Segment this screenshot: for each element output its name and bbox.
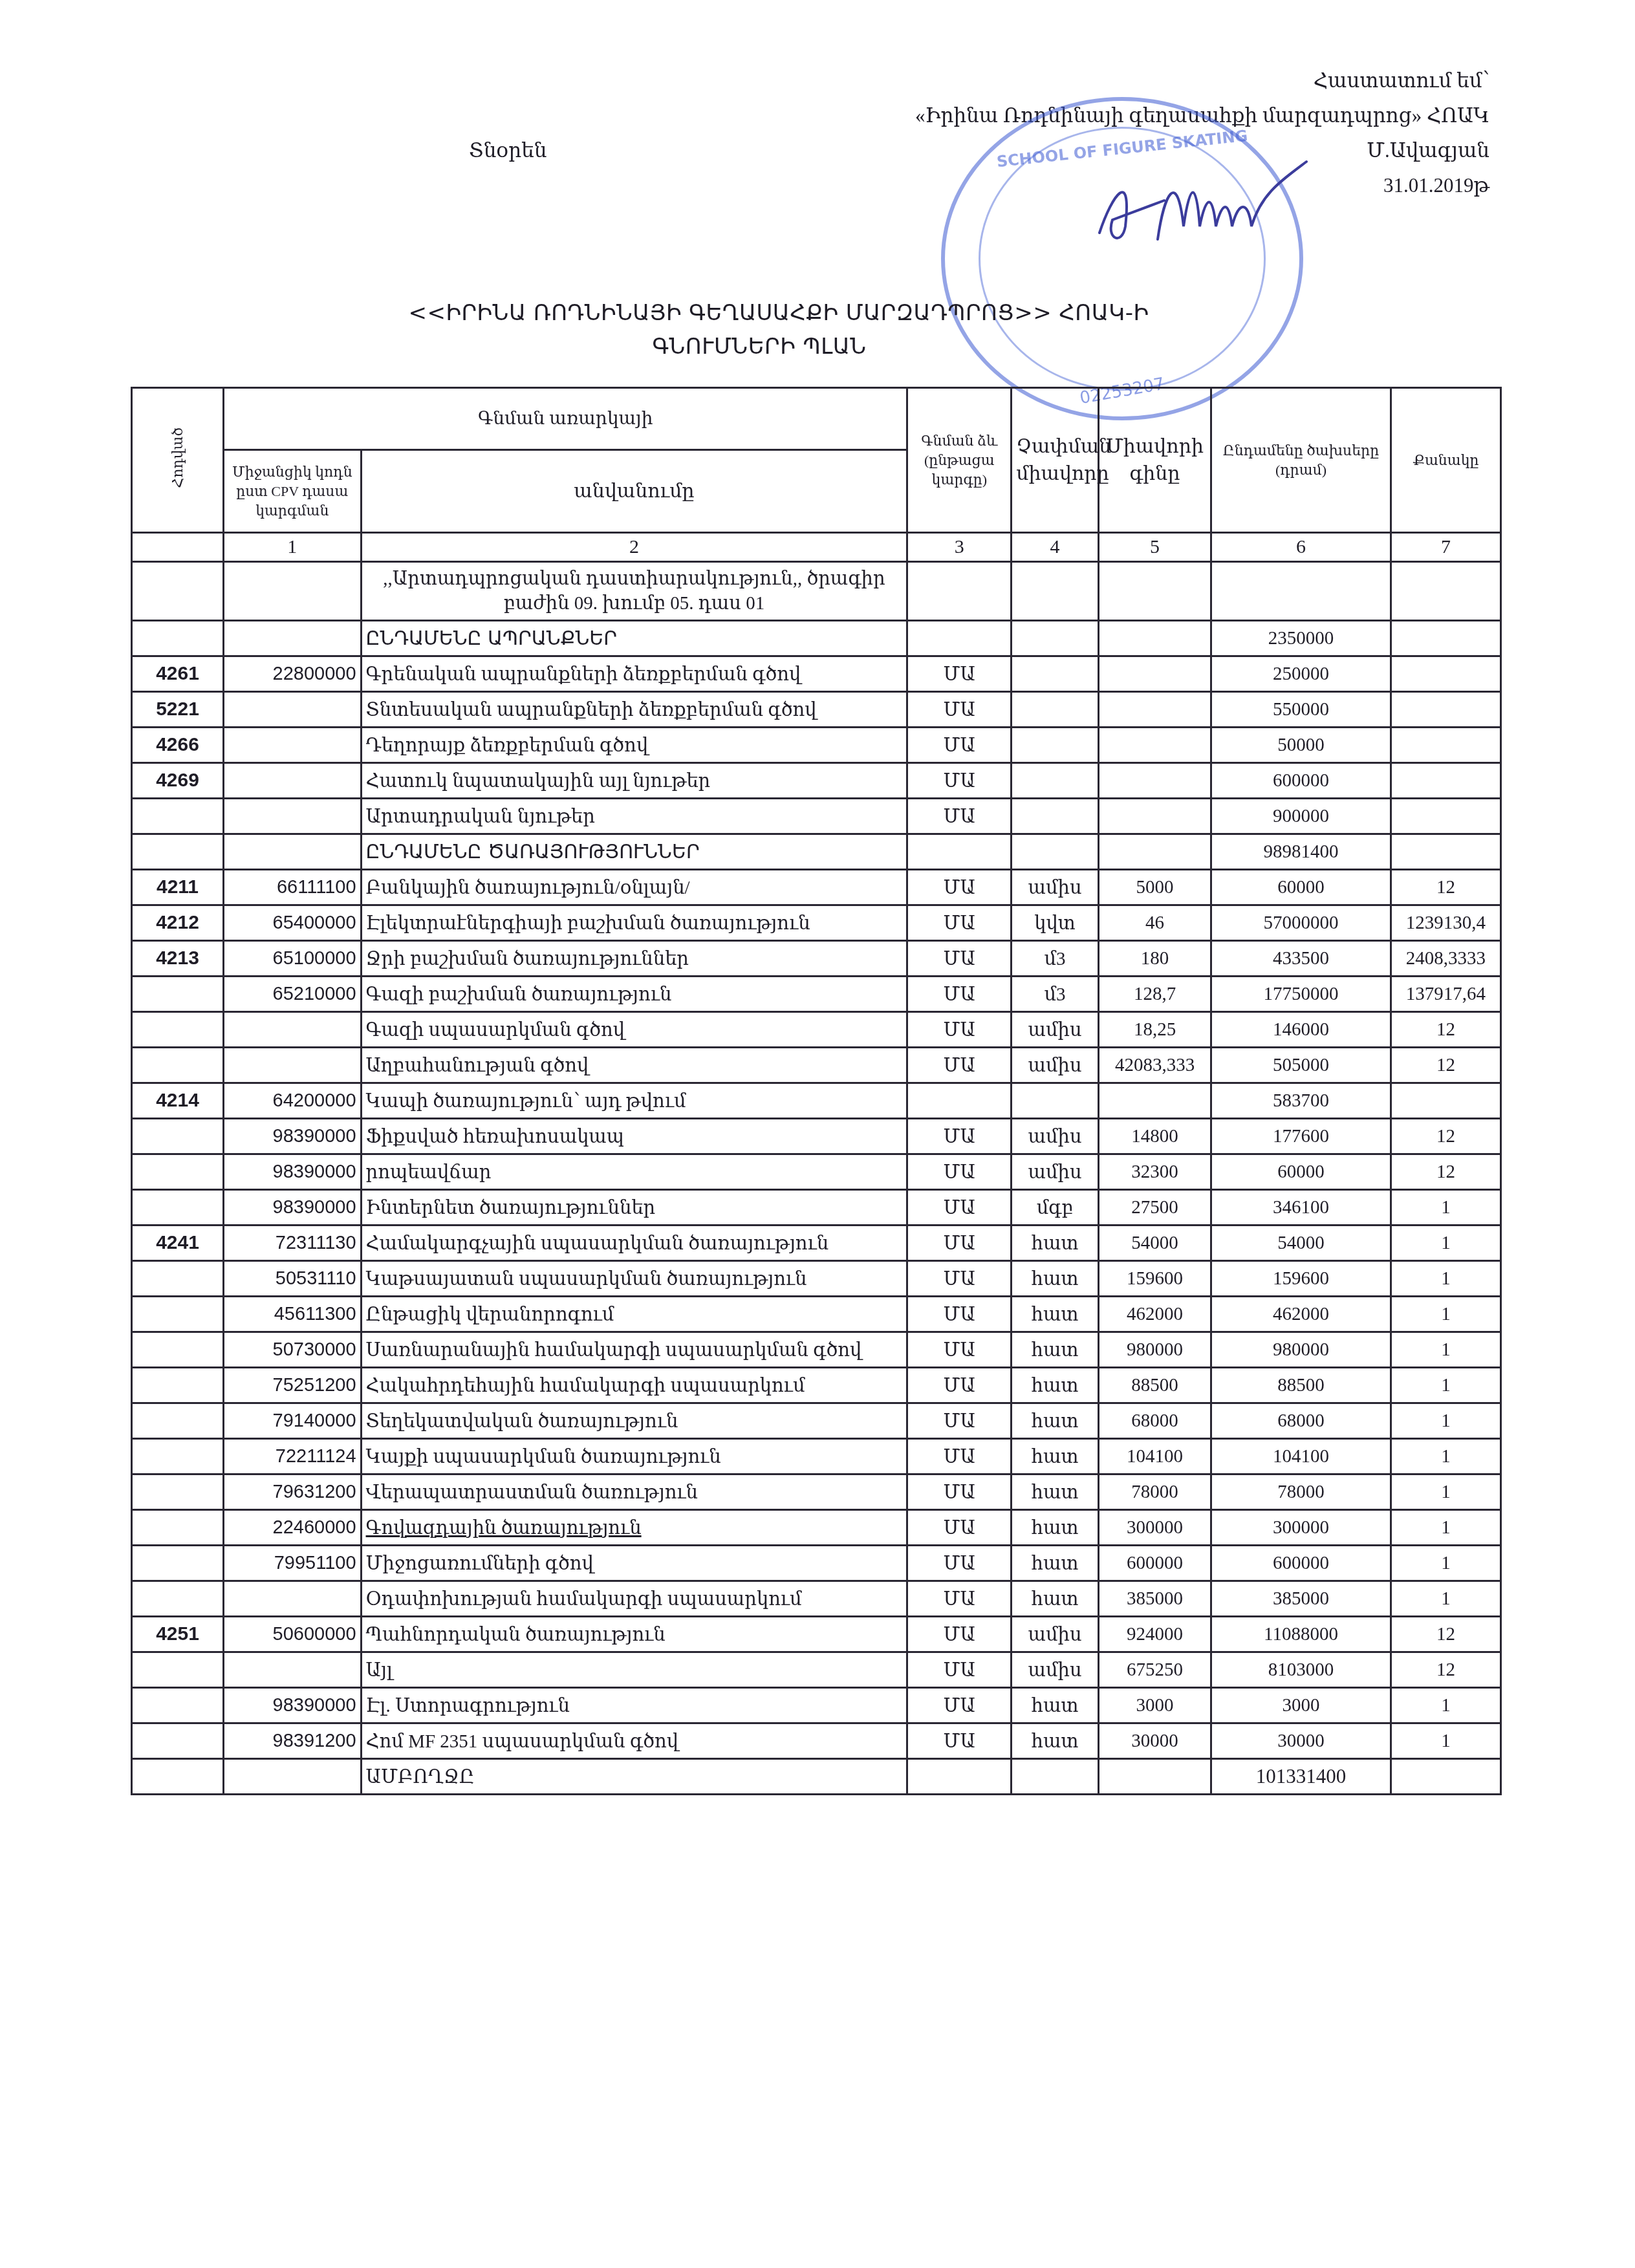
- procurement-form-cell: ՄԱ: [907, 1723, 1012, 1759]
- total-cost-cell: 68000: [1211, 1403, 1391, 1439]
- table-row: 4269Հատուկ նպատակային այլ նյութերՄԱ60000…: [132, 763, 1501, 799]
- unit-price-cell: 68000: [1098, 1403, 1211, 1439]
- unit-price-cell: 5000: [1098, 870, 1211, 905]
- article-cell: 4211: [132, 870, 224, 905]
- item-name-cell: Արտադրական նյութեր: [361, 799, 907, 834]
- item-name-cell: Կաթսայատան սպասարկման ծառայություն: [361, 1261, 907, 1297]
- item-name-cell: Ընթացիկ վերանորոգում: [361, 1297, 907, 1332]
- quantity-cell: 1: [1391, 1297, 1500, 1332]
- cpv-code-cell: [224, 621, 362, 656]
- article-cell: 4261: [132, 656, 224, 692]
- total-cost-cell: 54000: [1211, 1226, 1391, 1261]
- grand-total-row: ԱՄԲՈՂՋԸ101331400: [132, 1759, 1501, 1795]
- quantity-cell: 1239130,4: [1391, 905, 1500, 941]
- header-name: անվանումը: [361, 450, 907, 533]
- table-row: 45611300Ընթացիկ վերանորոգումՄԱհատ4620004…: [132, 1297, 1501, 1332]
- quantity-cell: [1391, 656, 1500, 692]
- cpv-code-cell: 50730000: [224, 1332, 362, 1368]
- cpv-code-cell: 22460000: [224, 1510, 362, 1546]
- item-name-cell: Էլեկտրաէներգիայի բաշխման ծառայություն: [361, 905, 907, 941]
- total-cost-cell: 98981400: [1211, 834, 1391, 870]
- cpv-code-cell: 79140000: [224, 1403, 362, 1439]
- item-name-cell: Դեղորայք ձեռքբերման գծով: [361, 728, 907, 763]
- unit-cell: կվտ: [1012, 905, 1099, 941]
- cpv-code-cell: [224, 1012, 362, 1048]
- column-number: [132, 533, 224, 562]
- quantity-cell: 1: [1391, 1474, 1500, 1510]
- table-row: 50531110Կաթսայատան սպասարկման ծառայությո…: [132, 1261, 1501, 1297]
- unit-cell: հատ: [1012, 1474, 1099, 1510]
- unit-cell: [1012, 1083, 1099, 1119]
- total-cost-cell: 346100: [1211, 1190, 1391, 1226]
- cpv-code-cell: 65400000: [224, 905, 362, 941]
- cpv-code-cell: [224, 1652, 362, 1688]
- article-cell: 4212: [132, 905, 224, 941]
- item-name-cell: Այլ: [361, 1652, 907, 1688]
- unit-price-cell: [1098, 621, 1211, 656]
- total-cost-cell: 30000: [1211, 1723, 1391, 1759]
- table-row: 421265400000Էլեկտրաէներգիայի բաշխման ծառ…: [132, 905, 1501, 941]
- procurement-form-cell: ՄԱ: [907, 1190, 1012, 1226]
- unit-price-cell: [1098, 656, 1211, 692]
- total-cost-cell: 250000: [1211, 656, 1391, 692]
- cpv-code-cell: 50600000: [224, 1617, 362, 1652]
- table-row: 79951100Միջոցառումների գծովՄԱհատ60000060…: [132, 1546, 1501, 1581]
- table-row: 75251200Հակահրդեհային համակարգի սպասարկո…: [132, 1368, 1501, 1403]
- article-cell: [132, 1332, 224, 1368]
- total-cost-cell: 17750000: [1211, 977, 1391, 1012]
- item-name-cell: Ֆիքսված հեռախոսակապ: [361, 1119, 907, 1154]
- total-cost-cell: 3000: [1211, 1688, 1391, 1723]
- table-row: 5221Տնտեսական ապրանքների ձեռքբերման գծով…: [132, 692, 1501, 728]
- quantity-cell: 1: [1391, 1439, 1500, 1474]
- table-row: 98390000րոպեավճարՄԱամիս323006000012: [132, 1154, 1501, 1190]
- procurement-form-cell: ՄԱ: [907, 763, 1012, 799]
- article-cell: [132, 1297, 224, 1332]
- procurement-plan-table: Հոդված Գնման առարկայի Գնման ձև (ընթացա կ…: [131, 387, 1502, 1795]
- cpv-code-cell: [224, 763, 362, 799]
- unit-cell: [1012, 728, 1099, 763]
- unit-price-cell: [1098, 1759, 1211, 1795]
- document-title: <<ԻՐԻՆԱ ՌՈԴՆԻՆԱՅԻ ԳԵՂԱՍԱՀՔԻ ՄԱՐԶԱԴՊՐՈՑ>>…: [0, 296, 1635, 363]
- table-row: 98391200Հոմ MF 2351 սպասարկման գծովՄԱհատ…: [132, 1723, 1501, 1759]
- procurement-form-cell: ՄԱ: [907, 1332, 1012, 1368]
- quantity-cell: 12: [1391, 1119, 1500, 1154]
- approved-label: Հաստատում եմ՝: [915, 63, 1489, 98]
- item-name-cell: Էլ. Ստորագրություն: [361, 1688, 907, 1723]
- total-cost-cell: 11088000: [1211, 1617, 1391, 1652]
- item-name-cell: ԸՆԴԱՄԵՆԸ ԱՊՐԱՆՔՆԵՐ: [361, 621, 907, 656]
- cpv-code-cell: 98390000: [224, 1688, 362, 1723]
- item-name-cell: Համակարգչային սպասարկման ծառայություն: [361, 1226, 907, 1261]
- procurement-form-cell: ՄԱ: [907, 692, 1012, 728]
- unit-price-cell: 180: [1098, 941, 1211, 977]
- item-name-cell: Պահնորդական ծառայություն: [361, 1617, 907, 1652]
- total-cost-cell: 78000: [1211, 1474, 1391, 1510]
- article-cell: [132, 1048, 224, 1083]
- procurement-form-cell: ՄԱ: [907, 1297, 1012, 1332]
- unit-cell: հատ: [1012, 1226, 1099, 1261]
- total-cost-cell: 146000: [1211, 1012, 1391, 1048]
- cpv-code-cell: 72311130: [224, 1226, 362, 1261]
- header-subject-group: Գնման առարկայի: [224, 388, 907, 450]
- procurement-form-cell: ՄԱ: [907, 941, 1012, 977]
- procurement-form-cell: ՄԱ: [907, 977, 1012, 1012]
- column-number: 3: [907, 533, 1012, 562]
- total-cost-cell: 159600: [1211, 1261, 1391, 1297]
- total-cost-cell: 101331400: [1211, 1759, 1391, 1795]
- unit-cell: [1012, 799, 1099, 834]
- total-cost-cell: 60000: [1211, 870, 1391, 905]
- unit-cell: հատ: [1012, 1297, 1099, 1332]
- table-row: 22460000Գովազդային ծառայությունՄԱհատ3000…: [132, 1510, 1501, 1546]
- unit-price-cell: 300000: [1098, 1510, 1211, 1546]
- quantity-cell: [1391, 621, 1500, 656]
- article-cell: [132, 1723, 224, 1759]
- article-cell: [132, 1546, 224, 1581]
- article-cell: 4266: [132, 728, 224, 763]
- unit-cell: [1012, 692, 1099, 728]
- header-article: Հոդված: [132, 388, 224, 533]
- procurement-form-cell: [907, 834, 1012, 870]
- cpv-code-cell: 22800000: [224, 656, 362, 692]
- unit-price-cell: 462000: [1098, 1297, 1211, 1332]
- unit-cell: ամիս: [1012, 870, 1099, 905]
- procurement-form-cell: ՄԱ: [907, 1226, 1012, 1261]
- total-cost-cell: 2350000: [1211, 621, 1391, 656]
- procurement-form-cell: ՄԱ: [907, 1652, 1012, 1688]
- article-cell: [132, 799, 224, 834]
- item-name-cell: Միջոցառումների գծով: [361, 1546, 907, 1581]
- column-numbers-row: 1 2 3 4 5 6 7: [132, 533, 1501, 562]
- article-cell: 4214: [132, 1083, 224, 1119]
- unit-cell: ամիս: [1012, 1617, 1099, 1652]
- table-row: 65210000Գազի բաշխման ծառայությունՄԱմ3128…: [132, 977, 1501, 1012]
- unit-cell: ամիս: [1012, 1119, 1099, 1154]
- cpv-code-cell: 98390000: [224, 1119, 362, 1154]
- cpv-code-cell: 75251200: [224, 1368, 362, 1403]
- unit-price-cell: 27500: [1098, 1190, 1211, 1226]
- item-name-cell: Սառնարանային համակարգի սպասարկման գծով: [361, 1332, 907, 1368]
- unit-price-cell: 30000: [1098, 1723, 1211, 1759]
- procurement-form-cell: [907, 1759, 1012, 1795]
- quantity-cell: 1: [1391, 1581, 1500, 1617]
- unit-cell: հատ: [1012, 1546, 1099, 1581]
- total-cost-cell: 177600: [1211, 1119, 1391, 1154]
- unit-cell: ամիս: [1012, 1048, 1099, 1083]
- unit-price-cell: 980000: [1098, 1332, 1211, 1368]
- procurement-form-cell: ՄԱ: [907, 1510, 1012, 1546]
- procurement-form-cell: ՄԱ: [907, 870, 1012, 905]
- procurement-form-cell: ՄԱ: [907, 799, 1012, 834]
- procurement-form-cell: [907, 1083, 1012, 1119]
- column-number: 7: [1391, 533, 1500, 562]
- procurement-form-cell: ՄԱ: [907, 1119, 1012, 1154]
- table-row: 421166111100Բանկային ծառայություն/օնլայն…: [132, 870, 1501, 905]
- quantity-cell: 137917,64: [1391, 977, 1500, 1012]
- unit-price-cell: 32300: [1098, 1154, 1211, 1190]
- unit-cell: ամիս: [1012, 1012, 1099, 1048]
- quantity-cell: 12: [1391, 1048, 1500, 1083]
- unit-price-cell: [1098, 834, 1211, 870]
- quantity-cell: 1: [1391, 1688, 1500, 1723]
- table-row: ԱյլՄԱամիս675250810300012: [132, 1652, 1501, 1688]
- total-cost-cell: 505000: [1211, 1048, 1391, 1083]
- quantity-cell: [1391, 1083, 1500, 1119]
- item-name-cell: Օդափոխության համակարգի սպասարկում: [361, 1581, 907, 1617]
- article-cell: [132, 1012, 224, 1048]
- item-name-cell: Ջրի բաշխման ծառայություններ: [361, 941, 907, 977]
- article-cell: [132, 1190, 224, 1226]
- quantity-cell: 12: [1391, 1617, 1500, 1652]
- cpv-code-cell: 98390000: [224, 1154, 362, 1190]
- unit-price-cell: 46: [1098, 905, 1211, 941]
- item-name-cell: Գազի սպասարկման գծով: [361, 1012, 907, 1048]
- item-name-cell: Հակահրդեհային համակարգի սպասարկում: [361, 1368, 907, 1403]
- cpv-code-cell: 66111100: [224, 870, 362, 905]
- procurement-form-cell: ՄԱ: [907, 1439, 1012, 1474]
- quantity-cell: 2408,3333: [1391, 941, 1500, 977]
- total-cost-cell: 60000: [1211, 1154, 1391, 1190]
- cpv-code-cell: 64200000: [224, 1083, 362, 1119]
- quantity-cell: 1: [1391, 1723, 1500, 1759]
- table-row: Արտադրական նյութերՄԱ900000: [132, 799, 1501, 834]
- unit-price-cell: 128,7: [1098, 977, 1211, 1012]
- unit-cell: ամիս: [1012, 1652, 1099, 1688]
- article-cell: [132, 1119, 224, 1154]
- procurement-form-cell: ՄԱ: [907, 1403, 1012, 1439]
- cpv-code-cell: [224, 728, 362, 763]
- quantity-cell: 1: [1391, 1368, 1500, 1403]
- item-name-cell: Բանկային ծառայություն/օնլայն/: [361, 870, 907, 905]
- unit-price-cell: 385000: [1098, 1581, 1211, 1617]
- quantity-cell: [1391, 763, 1500, 799]
- quantity-cell: [1391, 799, 1500, 834]
- quantity-cell: 1: [1391, 1226, 1500, 1261]
- quantity-cell: 1: [1391, 1190, 1500, 1226]
- procurement-form-cell: ՄԱ: [907, 728, 1012, 763]
- article-cell: [132, 834, 224, 870]
- total-cost-cell: 300000: [1211, 1510, 1391, 1546]
- section-total-row: ԸՆԴԱՄԵՆԸ ԱՊՐԱՆՔՆԵՐ2350000: [132, 621, 1501, 656]
- unit-price-cell: 88500: [1098, 1368, 1211, 1403]
- unit-cell: հատ: [1012, 1368, 1099, 1403]
- cpv-code-cell: 79951100: [224, 1546, 362, 1581]
- total-cost-cell: 433500: [1211, 941, 1391, 977]
- item-name-cell: Կապի ծառայություն՝ այդ թվում: [361, 1083, 907, 1119]
- total-cost-cell: 462000: [1211, 1297, 1391, 1332]
- table-row: 79140000Տեղեկատվական ծառայությունՄԱհատ68…: [132, 1403, 1501, 1439]
- unit-cell: հատ: [1012, 1723, 1099, 1759]
- total-cost-cell: 8103000: [1211, 1652, 1391, 1688]
- unit-cell: [1012, 656, 1099, 692]
- cpv-code-cell: 45611300: [224, 1297, 362, 1332]
- procurement-form-cell: ՄԱ: [907, 905, 1012, 941]
- director-name: Մ.Ավագյան: [915, 133, 1489, 168]
- article-cell: [132, 1439, 224, 1474]
- cpv-code-cell: [224, 1759, 362, 1795]
- unit-cell: հատ: [1012, 1403, 1099, 1439]
- unit-cell: հատ: [1012, 1581, 1099, 1617]
- unit-cell: հատ: [1012, 1439, 1099, 1474]
- quantity-cell: 12: [1391, 1154, 1500, 1190]
- cpv-code-cell: 72211124: [224, 1439, 362, 1474]
- article-cell: [132, 1368, 224, 1403]
- item-name-cell: Վերապատրաստման ծառություն: [361, 1474, 907, 1510]
- article-cell: [132, 1581, 224, 1617]
- cpv-code-cell: 65210000: [224, 977, 362, 1012]
- unit-cell: [1012, 1759, 1099, 1795]
- unit-cell: հատ: [1012, 1261, 1099, 1297]
- unit-price-cell: 42083,333: [1098, 1048, 1211, 1083]
- total-cost-cell: 88500: [1211, 1368, 1391, 1403]
- item-name-cell: ԱՄԲՈՂՋԸ: [361, 1759, 907, 1795]
- item-name-cell: Կայքի սպասարկման ծառայություն: [361, 1439, 907, 1474]
- article-cell: 4213: [132, 941, 224, 977]
- unit-cell: մ3: [1012, 941, 1099, 977]
- unit-cell: մ3: [1012, 977, 1099, 1012]
- table-row: 79631200Վերապատրաստման ծառությունՄԱհատ78…: [132, 1474, 1501, 1510]
- total-cost-cell: 583700: [1211, 1083, 1391, 1119]
- article-cell: 5221: [132, 692, 224, 728]
- cpv-code-cell: [224, 1048, 362, 1083]
- unit-price-cell: [1098, 1083, 1211, 1119]
- quantity-cell: 1: [1391, 1510, 1500, 1546]
- article-cell: [132, 977, 224, 1012]
- unit-cell: [1012, 763, 1099, 799]
- cpv-code-cell: [224, 1581, 362, 1617]
- unit-price-cell: 600000: [1098, 1546, 1211, 1581]
- table-row: 98390000Ֆիքսված հեռախոսակապՄԱամիս1480017…: [132, 1119, 1501, 1154]
- approval-date: 31.01.2019թ: [915, 168, 1489, 203]
- total-cost-cell: 600000: [1211, 763, 1391, 799]
- table-row: 425150600000Պահնորդական ծառայությունՄԱամ…: [132, 1617, 1501, 1652]
- article-cell: [132, 1261, 224, 1297]
- item-name-cell: Ինտերնետ ծառայություններ: [361, 1190, 907, 1226]
- cpv-code-cell: 79631200: [224, 1474, 362, 1510]
- header-unit-price: Միավորի գինը: [1098, 388, 1211, 533]
- item-name-cell: Գովազդային ծառայություն: [361, 1510, 907, 1546]
- table-row: Օդափոխության համակարգի սպասարկումՄԱհատ38…: [132, 1581, 1501, 1617]
- quantity-cell: 12: [1391, 870, 1500, 905]
- total-cost-cell: 57000000: [1211, 905, 1391, 941]
- header-unit: Չափման միավորը: [1012, 388, 1099, 533]
- unit-price-cell: 18,25: [1098, 1012, 1211, 1048]
- title-line-1: <<ԻՐԻՆԱ ՌՈԴՆԻՆԱՅԻ ԳԵՂԱՍԱՀՔԻ ՄԱՐԶԱԴՊՐՈՑ>>…: [0, 296, 1635, 330]
- item-name-cell: Տեղեկատվական ծառայություն: [361, 1403, 907, 1439]
- table-row: 50730000Սառնարանային համակարգի սպասարկմա…: [132, 1332, 1501, 1368]
- unit-price-cell: 924000: [1098, 1617, 1211, 1652]
- quantity-cell: 12: [1391, 1012, 1500, 1048]
- article-cell: [132, 1652, 224, 1688]
- total-cost-cell: 385000: [1211, 1581, 1391, 1617]
- quantity-cell: 1: [1391, 1261, 1500, 1297]
- unit-price-cell: 3000: [1098, 1688, 1211, 1723]
- table-row: 421365100000Ջրի բաշխման ծառայություններՄ…: [132, 941, 1501, 977]
- item-name-cell: Հոմ MF 2351 սպասարկման գծով: [361, 1723, 907, 1759]
- procurement-form-cell: ՄԱ: [907, 1688, 1012, 1723]
- column-number: 1: [224, 533, 362, 562]
- unit-cell: հատ: [1012, 1688, 1099, 1723]
- quantity-cell: 12: [1391, 1652, 1500, 1688]
- procurement-form-cell: ՄԱ: [907, 656, 1012, 692]
- procurement-form-cell: ՄԱ: [907, 1581, 1012, 1617]
- program-row: ,,Արտադպրոցական դաստիարակություն,, ծրագի…: [132, 562, 1501, 621]
- table-row: 424172311130Համակարգչային սպասարկման ծառ…: [132, 1226, 1501, 1261]
- cpv-code-cell: [224, 799, 362, 834]
- article-cell: [132, 1154, 224, 1190]
- article-cell: 4269: [132, 763, 224, 799]
- unit-price-cell: [1098, 692, 1211, 728]
- procurement-form-cell: ՄԱ: [907, 1368, 1012, 1403]
- article-cell: [132, 1474, 224, 1510]
- article-cell: [132, 1759, 224, 1795]
- cpv-code-cell: 98390000: [224, 1190, 362, 1226]
- unit-cell: հատ: [1012, 1510, 1099, 1546]
- section-total-row: ԸՆԴԱՄԵՆԸ ԾԱՌԱՅՈՒԹՅՈՒՆՆԵՐ98981400: [132, 834, 1501, 870]
- item-name-cell: Տնտեսական ապրանքների ձեռքբերման գծով: [361, 692, 907, 728]
- cpv-code-cell: [224, 692, 362, 728]
- header-quantity: Քանակը: [1391, 388, 1500, 533]
- total-cost-cell: 50000: [1211, 728, 1391, 763]
- unit-cell: հատ: [1012, 1332, 1099, 1368]
- cpv-code-cell: 65100000: [224, 941, 362, 977]
- procurement-form-cell: ՄԱ: [907, 1546, 1012, 1581]
- total-cost-cell: 600000: [1211, 1546, 1391, 1581]
- unit-cell: ամիս: [1012, 1154, 1099, 1190]
- column-number: 6: [1211, 533, 1391, 562]
- table-row: Աղբահանության գծովՄԱամիս42083,3335050001…: [132, 1048, 1501, 1083]
- unit-cell: [1012, 834, 1099, 870]
- unit-price-cell: 104100: [1098, 1439, 1211, 1474]
- unit-price-cell: [1098, 799, 1211, 834]
- director-label: Տնօրեն: [469, 133, 598, 168]
- procurement-form-cell: ՄԱ: [907, 1012, 1012, 1048]
- title-line-2: ԳՆՈՒՄՆԵՐԻ ՊԼԱՆ: [0, 330, 1635, 363]
- procurement-form-cell: ՄԱ: [907, 1474, 1012, 1510]
- article-cell: 4241: [132, 1226, 224, 1261]
- table-row: 98390000Էլ. ՍտորագրությունՄԱհատ300030001: [132, 1688, 1501, 1723]
- quantity-cell: [1391, 728, 1500, 763]
- table-row: 421464200000Կապի ծառայություն՝ այդ թվում…: [132, 1083, 1501, 1119]
- organization-name: «Իրինա Ռոդնինայի գեղասահքի մարզադպրոց» Հ…: [915, 98, 1489, 133]
- table-row: 4266Դեղորայք ձեռքբերման գծովՄԱ50000: [132, 728, 1501, 763]
- item-name-cell: ԸՆԴԱՄԵՆԸ ԾԱՌԱՅՈՒԹՅՈՒՆՆԵՐ: [361, 834, 907, 870]
- total-cost-cell: 550000: [1211, 692, 1391, 728]
- quantity-cell: 1: [1391, 1546, 1500, 1581]
- table-row: 72211124Կայքի սպասարկման ծառայությունՄԱհ…: [132, 1439, 1501, 1474]
- quantity-cell: [1391, 1759, 1500, 1795]
- column-number: 5: [1098, 533, 1211, 562]
- article-cell: [132, 1510, 224, 1546]
- cpv-code-cell: 98391200: [224, 1723, 362, 1759]
- procurement-form-cell: [907, 621, 1012, 656]
- header-total: Ընդամենը ծախսերը (դրամ): [1211, 388, 1391, 533]
- procurement-form-cell: ՄԱ: [907, 1261, 1012, 1297]
- table-row: 426122800000Գրենական ապրանքների ձեռքբերմ…: [132, 656, 1501, 692]
- total-cost-cell: 900000: [1211, 799, 1391, 834]
- item-name-cell: Գրենական ապրանքների ձեռքբերման գծով: [361, 656, 907, 692]
- program-description: ,,Արտադպրոցական դաստիարակություն,, ծրագի…: [361, 562, 907, 621]
- unit-price-cell: 159600: [1098, 1261, 1211, 1297]
- header-procurement-form: Գնման ձև (ընթացա կարգը): [907, 388, 1012, 533]
- quantity-cell: 1: [1391, 1332, 1500, 1368]
- total-cost-cell: 980000: [1211, 1332, 1391, 1368]
- cpv-code-cell: 50531110: [224, 1261, 362, 1297]
- unit-price-cell: [1098, 728, 1211, 763]
- item-name-cell: Գազի բաշխման ծառայություն: [361, 977, 907, 1012]
- article-cell: [132, 1688, 224, 1723]
